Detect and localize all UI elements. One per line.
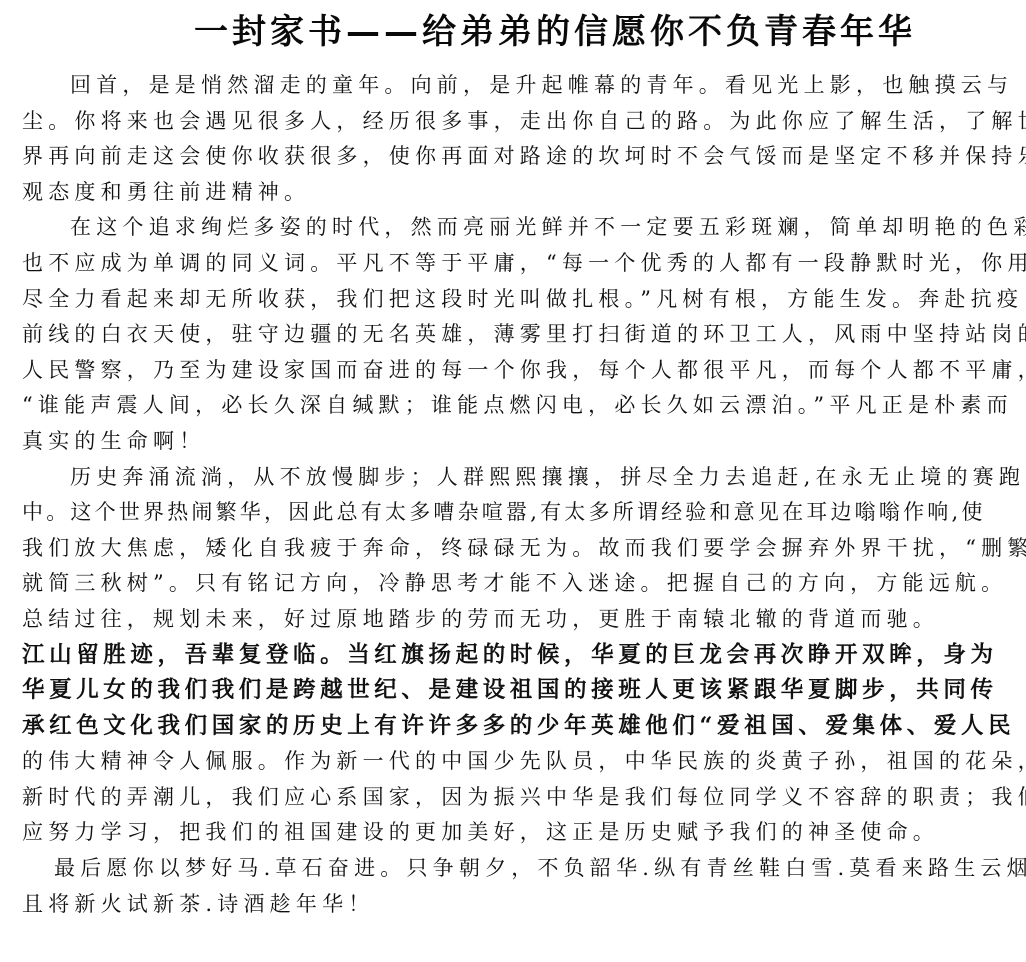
text-line: 承红色文化我们国家的历史上有许许多多的少年英雄他们“爱祖国、爱集体、爱人民 ” bbox=[22, 709, 1012, 745]
text-line: 最后愿你以梦好马.草石奋进。只争朝夕，不负韶华.纵有青丝鞋白雪.莫看来路生云烟， bbox=[22, 851, 1012, 887]
text-line: 真实的生命啊！ bbox=[22, 424, 1012, 460]
text-line: 华夏儿女的我们我们是跨越世纪、是建设祖国的接班人更该紧跟华夏脚步，共同传 bbox=[22, 673, 1012, 709]
text-line: 就简三秋树”。只有铭记方向，冷静思考才能不入迷途。把握自己的方向，方能远航。 bbox=[22, 566, 1012, 602]
letter-body: 回首，是是悄然溜走的童年。向前，是升起帷幕的青年。看见光上影，也触摸云与 尘。你… bbox=[22, 68, 1012, 922]
text-line: 应努力学习，把我们的祖国建设的更加美好，这正是历史赋予我们的神圣使命。 bbox=[22, 815, 1012, 851]
text-line: “谁能声震人间，必长久深自缄默；谁能点燃闪电，必长久如云漂泊。”平凡正是朴素而 bbox=[22, 388, 1012, 424]
text-line: 界再向前走这会使你收获很多，使你再面对路途的坎坷时不会气馁而是坚定不移并保持乐 bbox=[22, 139, 1012, 175]
text-line: 前线的白衣天使，驻守边疆的无名英雄，薄雾里打扫街道的环卫工人，风雨中坚持站岗的 bbox=[22, 317, 1012, 353]
text-line: 也不应成为单调的同义词。平凡不等于平庸，“每一个优秀的人都有一段静默时光，你用 bbox=[22, 246, 1012, 282]
text-line: 中。这个世界热闹繁华，因此总有太多嘈杂喧嚣,有太多所谓经验和意见在耳边嗡嗡作响,… bbox=[22, 495, 1012, 531]
text-line: 总结过往，规划未来，好过原地踏步的劳而无功，更胜于南辕北辙的背道而驰。 bbox=[22, 602, 1012, 638]
text-line: 人民警察，乃至为建设家国而奋进的每一个你我，每个人都很平凡，而每个人都不平庸， bbox=[22, 353, 1012, 389]
text-line: 我们放大焦虑，矮化自我疲于奔命，终碌碌无为。故而我们要学会摒弃外界干扰，“删繁 bbox=[22, 531, 1012, 567]
text-line: 尽全力看起来却无所收获，我们把这段时光叫做扎根。”凡树有根，方能生发。奔赴抗疫 bbox=[22, 282, 1012, 318]
text-line: 回首，是是悄然溜走的童年。向前，是升起帷幕的青年。看见光上影，也触摸云与 bbox=[22, 68, 1012, 104]
text-line: 历史奔涌流淌，从不放慢脚步；人群熙熙攘攘，拼尽全力去追赶,在永无止境的赛跑 bbox=[22, 460, 1012, 496]
text-line: 尘。你将来也会遇见很多人，经历很多事，走出你自己的路。为此你应了解生活，了解世 bbox=[22, 104, 1012, 140]
text-line: 在这个追求绚烂多姿的时代，然而亮丽光鲜并不一定要五彩斑斓，简单却明艳的色彩 bbox=[22, 210, 1012, 246]
text-line: 且将新火试新茶.诗酒趁年华！ bbox=[22, 887, 1012, 923]
text-line: 新时代的弄潮儿，我们应心系国家，因为振兴中华是我们每位同学义不容辞的职责；我们 bbox=[22, 780, 1012, 816]
document-title: 一封家书——给弟弟的信愿你不负青春年华 bbox=[0, 10, 1026, 54]
text-line: 的伟大精神令人佩服。作为新一代的中国少先队员，中华民族的炎黄子孙，祖国的花朵， bbox=[22, 744, 1012, 780]
text-line: 江山留胜迹，吾辈复登临。当红旗扬起的时候，华夏的巨龙会再次睁开双眸，身为 bbox=[22, 638, 1012, 674]
text-line: 观态度和勇往前进精神。 bbox=[22, 175, 1012, 211]
